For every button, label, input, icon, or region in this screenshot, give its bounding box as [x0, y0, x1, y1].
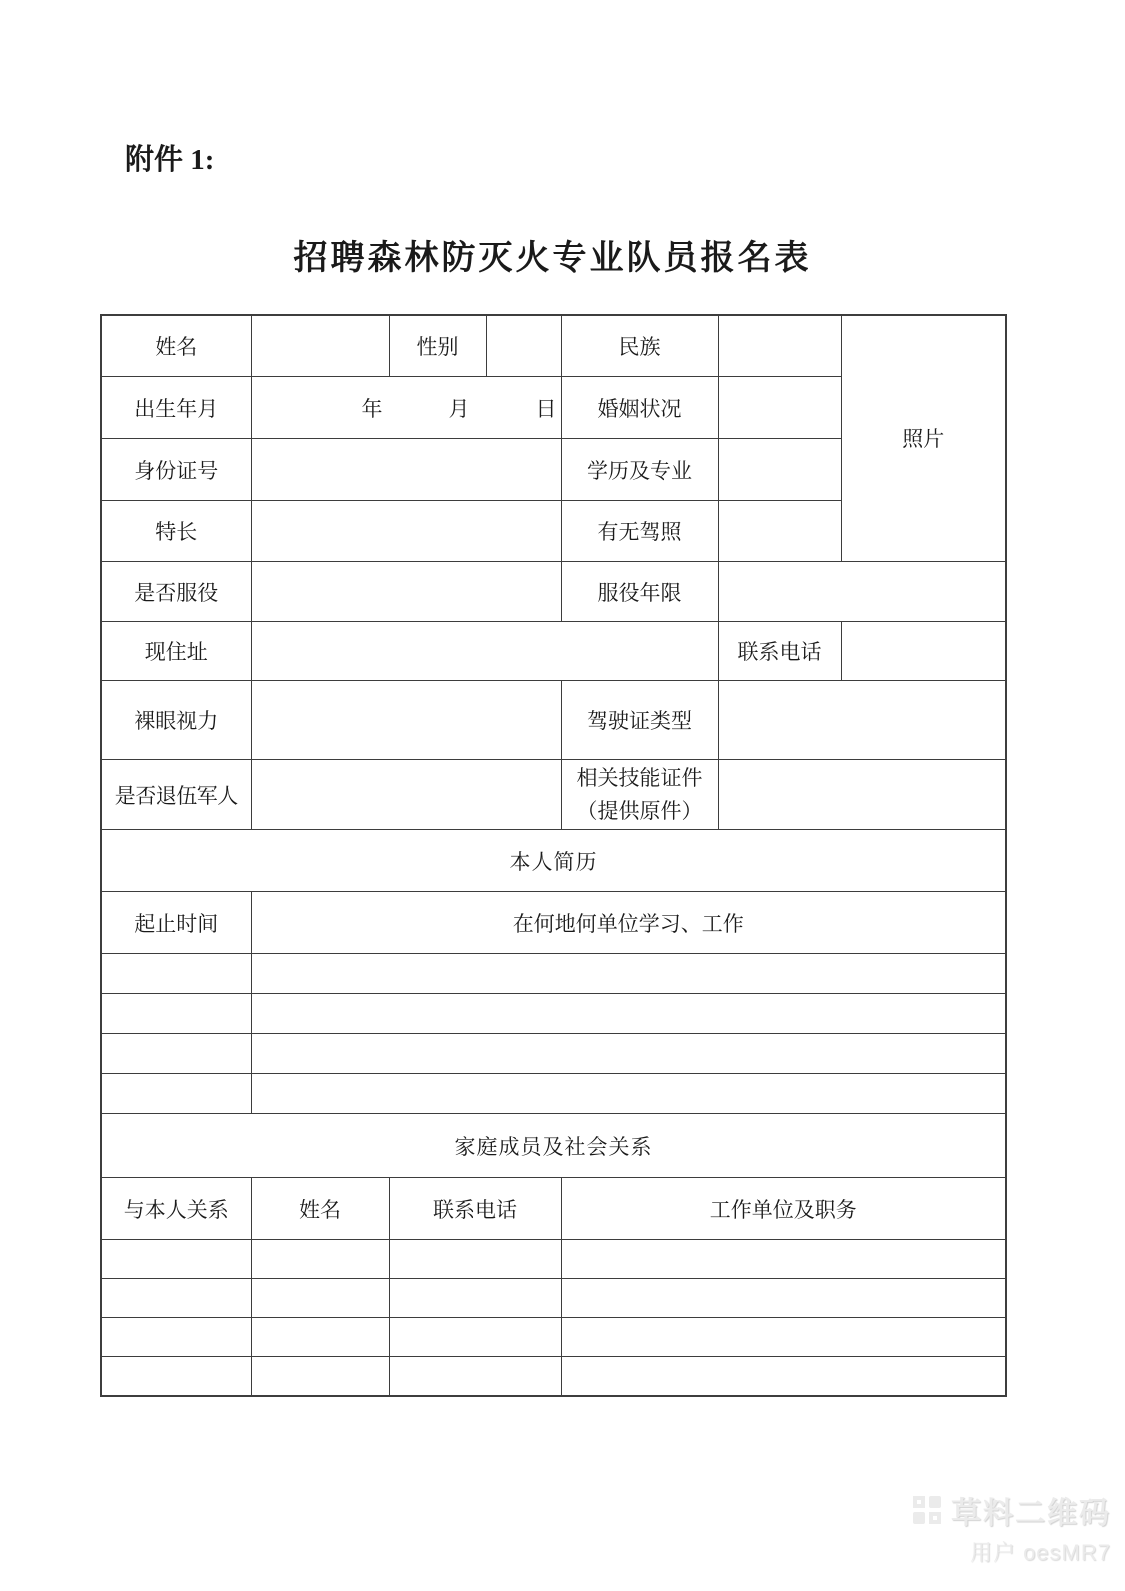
form-title: 招聘森林防灭火专业队员报名表 [100, 239, 1005, 280]
family-col-name: 姓名 [251, 1178, 389, 1240]
family-name-cell [251, 1279, 389, 1318]
license-type-label: 驾驶证类型 [561, 681, 718, 760]
family-blank-row [101, 1279, 1006, 1318]
gender-label: 性别 [389, 315, 486, 377]
name-label: 姓名 [101, 315, 251, 377]
resume-period-cell [101, 1034, 251, 1074]
certificate-label: 相关技能证件 （提供原件） [561, 760, 718, 830]
resume-place-cell [251, 1074, 1006, 1114]
family-blank-row [101, 1240, 1006, 1279]
id-number-label: 身份证号 [101, 439, 251, 501]
birth-label: 出生年月 [101, 377, 251, 439]
family-relation-cell [101, 1240, 251, 1279]
family-phone-cell [389, 1279, 561, 1318]
family-name-cell [251, 1240, 389, 1279]
gender-value-cell [486, 315, 561, 377]
family-name-cell [251, 1318, 389, 1357]
name-value-cell [251, 315, 389, 377]
photo-cell: 照片 [841, 315, 1006, 562]
row-vision-license-type: 裸眼视力 驾驶证类型 [101, 681, 1006, 760]
service-years-label: 服役年限 [561, 562, 718, 622]
family-blank-row [101, 1357, 1006, 1396]
resume-period-cell [101, 954, 251, 994]
row-military-service: 是否服役 服役年限 [101, 562, 1006, 622]
service-years-value-cell [718, 562, 1006, 622]
family-blank-row [101, 1318, 1006, 1357]
phone-value-cell [841, 622, 1006, 681]
certificate-label-line2: （提供原件） [566, 795, 714, 828]
watermark-brand-line: 草料二维码 [911, 1488, 1111, 1532]
vision-label: 裸眼视力 [101, 681, 251, 760]
family-phone-cell [389, 1357, 561, 1396]
birth-unit-year: 年 [362, 393, 383, 423]
military-service-value-cell [251, 562, 561, 622]
watermark-brand-text: 草料二维码 [951, 1488, 1111, 1532]
military-service-label: 是否服役 [101, 562, 251, 622]
address-value-cell [251, 622, 718, 681]
certificate-value-cell [718, 760, 1006, 830]
family-phone-cell [389, 1240, 561, 1279]
resume-blank-row [101, 1034, 1006, 1074]
resume-period-cell [101, 1074, 251, 1114]
family-workunit-cell [561, 1357, 1006, 1396]
family-col-phone: 联系电话 [389, 1178, 561, 1240]
vision-value-cell [251, 681, 561, 760]
resume-place-cell [251, 954, 1006, 994]
veteran-label: 是否退伍军人 [101, 760, 251, 830]
row-veteran-certificates: 是否退伍军人 相关技能证件 （提供原件） [101, 760, 1006, 830]
birth-value-cell: 年 月 日 [251, 377, 561, 439]
family-workunit-cell [561, 1279, 1006, 1318]
family-workunit-cell [561, 1240, 1006, 1279]
phone-label: 联系电话 [718, 622, 841, 681]
ethnicity-value-cell [718, 315, 841, 377]
document-page: 附件 1: 招聘森林防灭火专业队员报名表 姓名 性别 民族 照片 出生年月 [0, 0, 1125, 1591]
family-columns-row: 与本人关系 姓名 联系电话 工作单位及职务 [101, 1178, 1006, 1240]
resume-columns-row: 起止时间 在何地何单位学习、工作 [101, 892, 1006, 954]
resume-place-label: 在何地何单位学习、工作 [251, 892, 1006, 954]
ethnicity-label: 民族 [561, 315, 718, 377]
marital-value-cell [718, 377, 841, 439]
education-label: 学历及专业 [561, 439, 718, 501]
row-name-gender-ethnicity: 姓名 性别 民族 照片 [101, 315, 1006, 377]
row-address-phone: 现住址 联系电话 [101, 622, 1006, 681]
marital-label: 婚姻状况 [561, 377, 718, 439]
attachment-label: 附件 1: [125, 0, 1125, 177]
qr-code-icon [911, 1494, 943, 1526]
veteran-value-cell [251, 760, 561, 830]
has-license-value-cell [718, 501, 841, 562]
family-col-relation: 与本人关系 [101, 1178, 251, 1240]
application-form-table: 姓名 性别 民族 照片 出生年月 年 月 日 婚姻状况 [100, 314, 1007, 1397]
family-relation-cell [101, 1318, 251, 1357]
birth-unit-month: 月 [449, 393, 470, 423]
family-name-cell [251, 1357, 389, 1396]
family-relation-cell [101, 1279, 251, 1318]
family-phone-cell [389, 1318, 561, 1357]
family-relation-cell [101, 1357, 251, 1396]
resume-section-header-row: 本人简历 [101, 830, 1006, 892]
family-section-header: 家庭成员及社会关系 [101, 1114, 1006, 1178]
resume-blank-row [101, 1074, 1006, 1114]
education-value-cell [718, 439, 841, 501]
birth-unit-day: 日 [536, 393, 557, 423]
resume-place-cell [251, 1034, 1006, 1074]
certificate-label-line1: 相关技能证件 [566, 762, 714, 795]
license-type-value-cell [718, 681, 1006, 760]
family-section-header-row: 家庭成员及社会关系 [101, 1114, 1006, 1178]
specialty-label: 特长 [101, 501, 251, 562]
resume-blank-row [101, 954, 1006, 994]
resume-section-header: 本人简历 [101, 830, 1006, 892]
resume-blank-row [101, 994, 1006, 1034]
id-number-value-cell [251, 439, 561, 501]
watermark: 草料二维码 用户 oesMR7 [911, 1488, 1111, 1567]
family-col-workunit: 工作单位及职务 [561, 1178, 1006, 1240]
address-label: 现住址 [101, 622, 251, 681]
has-license-label: 有无驾照 [561, 501, 718, 562]
specialty-value-cell [251, 501, 561, 562]
resume-period-cell [101, 994, 251, 1034]
resume-place-cell [251, 994, 1006, 1034]
watermark-user-text: 用户 oesMR7 [911, 1536, 1111, 1567]
family-workunit-cell [561, 1318, 1006, 1357]
resume-period-label: 起止时间 [101, 892, 251, 954]
